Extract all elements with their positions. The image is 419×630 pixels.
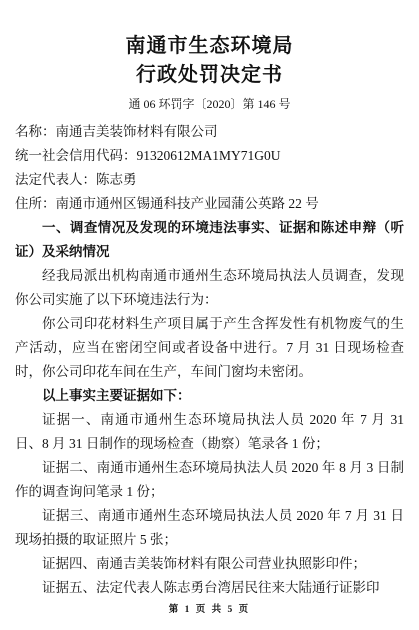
document-title: 南通市生态环境局 行政处罚决定书 xyxy=(0,0,419,90)
paragraph: 证据一、南通市通州生态环境局执法人员 2020 年 7 月 31 日、8 月 3… xyxy=(15,408,404,456)
paragraph: 住所：南通市通州区锡通科技产业园蒲公英路 22 号 xyxy=(15,192,404,216)
paragraph: 证据二、南通市通州生态环境局执法人员 2020 年 8 月 3 日制作的调查询问… xyxy=(15,456,404,504)
page-footer: 第 1 页 共 5 页 xyxy=(0,601,419,615)
paragraph: 经我局派出机构南通市通州生态环境局执法人员调查，发现你公司实施了以下环境违法行为… xyxy=(15,264,404,312)
paragraph: 一、调查情况及发现的环境违法事实、证据和陈述申辩（听证）及采纳情况 xyxy=(15,216,404,264)
paragraph: 证据四、南通吉美装饰材料有限公司营业执照影印件； xyxy=(15,552,404,576)
paragraph: 你公司印花材料生产项目属于产生含挥发性有机物废气的生产活动，应当在密闭空间或者设… xyxy=(15,312,404,384)
paragraph: 以上事实主要证据如下： xyxy=(15,384,404,408)
paragraph: 证据三、南通市通州生态环境局执法人员 2020 年 7 月 31 日现场拍摄的取… xyxy=(15,504,404,552)
document-page: 南通市生态环境局 行政处罚决定书 通 06 环罚字〔2020〕第 146 号 名… xyxy=(0,0,419,630)
title-line-2: 行政处罚决定书 xyxy=(0,61,419,90)
paragraph: 名称：南通吉美装饰材料有限公司 xyxy=(15,120,404,144)
document-body: 名称：南通吉美装饰材料有限公司统一社会信用代码：91320612MA1MY71G… xyxy=(15,120,404,600)
title-line-1: 南通市生态环境局 xyxy=(0,32,419,61)
paragraph: 法定代表人：陈志勇 xyxy=(15,168,404,192)
paragraph: 统一社会信用代码：91320612MA1MY71G0U xyxy=(15,144,404,168)
document-number: 通 06 环罚字〔2020〕第 146 号 xyxy=(0,97,419,111)
paragraph: 证据五、法定代表人陈志勇台湾居民往来大陆通行证影印 xyxy=(15,576,404,600)
